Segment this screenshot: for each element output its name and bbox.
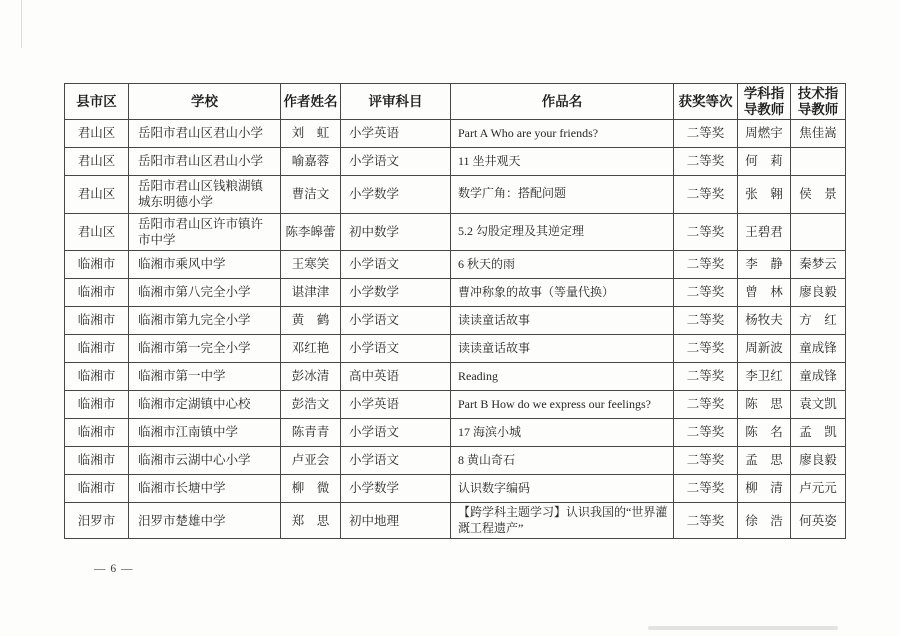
cell-district: 君山区: [65, 176, 129, 214]
cell-author: 卢亚会: [281, 447, 341, 475]
cell-school: 岳阳市君山区君山小学: [129, 148, 281, 176]
cell-subject: 初中数学: [341, 213, 451, 251]
cell-award: 二等奖: [674, 120, 738, 148]
table-row: 临湘市临湘市江南镇中学陈青青小学语文17 海滨小城二等奖陈 名孟 凯: [65, 419, 846, 447]
cell-work: Part B How do we express our feelings?: [451, 391, 674, 419]
cell-tech-teacher: 侯 景: [791, 176, 846, 214]
cell-award: 二等奖: [674, 503, 738, 539]
table-row: 君山区岳阳市君山区君山小学刘 虹小学英语Part A Who are your …: [65, 120, 846, 148]
cell-school: 岳阳市君山区许市镇许市中学: [129, 213, 281, 251]
cell-author: 黄 鹤: [281, 307, 341, 335]
cell-district: 临湘市: [65, 475, 129, 503]
cell-tech-teacher: 孟 凯: [791, 419, 846, 447]
cell-subject: 高中英语: [341, 363, 451, 391]
cell-school: 临湘市第一完全小学: [129, 335, 281, 363]
cell-district: 临湘市: [65, 279, 129, 307]
page-number: — 6 —: [94, 563, 134, 575]
cell-subject-teacher: 李卫红: [738, 363, 791, 391]
cell-work: 认识数字编码: [451, 475, 674, 503]
cell-school: 临湘市定湖镇中心校: [129, 391, 281, 419]
cell-work: 读读童话故事: [451, 307, 674, 335]
cell-author: 刘 虹: [281, 120, 341, 148]
column-header: 学科指导教师: [738, 84, 791, 120]
cell-subject: 小学语文: [341, 307, 451, 335]
cell-subject: 初中地理: [341, 503, 451, 539]
cell-award: 二等奖: [674, 419, 738, 447]
cell-subject-teacher: 何 莉: [738, 148, 791, 176]
column-header: 作品名: [451, 84, 674, 120]
cell-author: 柳 微: [281, 475, 341, 503]
cell-district: 汨罗市: [65, 503, 129, 539]
cell-school: 临湘市长塘中学: [129, 475, 281, 503]
cell-tech-teacher: 何英姿: [791, 503, 846, 539]
cell-subject: 小学英语: [341, 391, 451, 419]
cell-tech-teacher: 卢元元: [791, 475, 846, 503]
cell-subject-teacher: 王碧君: [738, 213, 791, 251]
cell-author: 郑 思: [281, 503, 341, 539]
cell-work: 8 黄山奇石: [451, 447, 674, 475]
cell-tech-teacher: 童成锋: [791, 363, 846, 391]
cell-award: 二等奖: [674, 213, 738, 251]
cell-subject-teacher: 张 翱: [738, 176, 791, 214]
cell-work: 读读童话故事: [451, 335, 674, 363]
cell-award: 二等奖: [674, 335, 738, 363]
cell-subject: 小学数学: [341, 176, 451, 214]
column-header: 县市区: [65, 84, 129, 120]
table-row: 汨罗市汨罗市楚雄中学郑 思初中地理【跨学科主题学习】认识我国的“世界灌溉工程遗产…: [65, 503, 846, 539]
scan-smudge-artifact: [648, 626, 838, 630]
cell-district: 君山区: [65, 148, 129, 176]
cell-subject-teacher: 陈 思: [738, 391, 791, 419]
cell-subject-teacher: 李 静: [738, 251, 791, 279]
cell-subject-teacher: 徐 浩: [738, 503, 791, 539]
cell-school: 临湘市第八完全小学: [129, 279, 281, 307]
cell-tech-teacher: 焦佳嵩: [791, 120, 846, 148]
cell-author: 陈青青: [281, 419, 341, 447]
cell-award: 二等奖: [674, 447, 738, 475]
cell-school: 临湘市第九完全小学: [129, 307, 281, 335]
cell-district: 君山区: [65, 213, 129, 251]
cell-subject: 小学语文: [341, 419, 451, 447]
cell-district: 临湘市: [65, 335, 129, 363]
column-header: 学校: [129, 84, 281, 120]
cell-subject: 小学语文: [341, 447, 451, 475]
cell-work: 11 坐井观天: [451, 148, 674, 176]
column-header: 作者姓名: [281, 84, 341, 120]
cell-tech-teacher: [791, 213, 846, 251]
cell-award: 二等奖: [674, 148, 738, 176]
cell-award: 二等奖: [674, 475, 738, 503]
cell-subject-teacher: 曾 林: [738, 279, 791, 307]
cell-work: 数学广角：搭配问题: [451, 176, 674, 214]
cell-work: 曹冲称象的故事（等量代换）: [451, 279, 674, 307]
table-row: 临湘市临湘市第一中学彭冰清高中英语Reading二等奖李卫红童成锋: [65, 363, 846, 391]
cell-subject-teacher: 柳 清: [738, 475, 791, 503]
document-page: 县市区学校作者姓名评审科目作品名获奖等次学科指导教师技术指导教师 君山区岳阳市君…: [0, 0, 900, 636]
cell-award: 二等奖: [674, 363, 738, 391]
cell-district: 临湘市: [65, 391, 129, 419]
cell-author: 彭冰清: [281, 363, 341, 391]
table-row: 临湘市临湘市第八完全小学谌津津小学数学曹冲称象的故事（等量代换）二等奖曾 林廖良…: [65, 279, 846, 307]
table-header-row: 县市区学校作者姓名评审科目作品名获奖等次学科指导教师技术指导教师: [65, 84, 846, 120]
cell-work: Reading: [451, 363, 674, 391]
cell-tech-teacher: 廖良毅: [791, 279, 846, 307]
cell-work: 5.2 勾股定理及其逆定理: [451, 213, 674, 251]
cell-author: 陈李皞蕾: [281, 213, 341, 251]
cell-tech-teacher: 童成锋: [791, 335, 846, 363]
cell-tech-teacher: 廖良毅: [791, 447, 846, 475]
cell-school: 临湘市乘风中学: [129, 251, 281, 279]
cell-work: Part A Who are your friends?: [451, 120, 674, 148]
cell-tech-teacher: 方 红: [791, 307, 846, 335]
cell-district: 临湘市: [65, 419, 129, 447]
table-body: 君山区岳阳市君山区君山小学刘 虹小学英语Part A Who are your …: [65, 120, 846, 539]
cell-tech-teacher: 袁文凯: [791, 391, 846, 419]
cell-district: 临湘市: [65, 447, 129, 475]
cell-subject: 小学英语: [341, 120, 451, 148]
column-header: 技术指导教师: [791, 84, 846, 120]
cell-tech-teacher: 秦梦云: [791, 251, 846, 279]
cell-work: 17 海滨小城: [451, 419, 674, 447]
table-row: 临湘市临湘市云湖中心小学卢亚会小学语文8 黄山奇石二等奖孟 思廖良毅: [65, 447, 846, 475]
cell-work: 6 秋天的雨: [451, 251, 674, 279]
cell-district: 君山区: [65, 120, 129, 148]
cell-subject-teacher: 杨牧夫: [738, 307, 791, 335]
cell-award: 二等奖: [674, 176, 738, 214]
cell-district: 临湘市: [65, 363, 129, 391]
scan-edge-artifact: [21, 0, 22, 48]
cell-school: 岳阳市君山区钱粮湖镇城东明德小学: [129, 176, 281, 214]
cell-subject: 小学语文: [341, 251, 451, 279]
cell-author: 喻嘉蓉: [281, 148, 341, 176]
table-row: 临湘市临湘市定湖镇中心校彭浩文小学英语Part B How do we expr…: [65, 391, 846, 419]
cell-author: 谌津津: [281, 279, 341, 307]
cell-subject-teacher: 周燃宇: [738, 120, 791, 148]
column-header: 获奖等次: [674, 84, 738, 120]
cell-author: 曹洁文: [281, 176, 341, 214]
cell-author: 彭浩文: [281, 391, 341, 419]
cell-subject: 小学语文: [341, 335, 451, 363]
cell-subject-teacher: 孟 思: [738, 447, 791, 475]
cell-subject: 小学语文: [341, 148, 451, 176]
cell-school: 临湘市云湖中心小学: [129, 447, 281, 475]
cell-subject: 小学数学: [341, 475, 451, 503]
table-row: 君山区岳阳市君山区许市镇许市中学陈李皞蕾初中数学5.2 勾股定理及其逆定理二等奖…: [65, 213, 846, 251]
cell-author: 邓红艳: [281, 335, 341, 363]
table-row: 临湘市临湘市第一完全小学邓红艳小学语文读读童话故事二等奖周新波童成锋: [65, 335, 846, 363]
cell-subject: 小学数学: [341, 279, 451, 307]
cell-district: 临湘市: [65, 251, 129, 279]
table-row: 君山区岳阳市君山区钱粮湖镇城东明德小学曹洁文小学数学数学广角：搭配问题二等奖张 …: [65, 176, 846, 214]
column-header: 评审科目: [341, 84, 451, 120]
table-row: 临湘市临湘市第九完全小学黄 鹤小学语文读读童话故事二等奖杨牧夫方 红: [65, 307, 846, 335]
cell-school: 汨罗市楚雄中学: [129, 503, 281, 539]
cell-work: 【跨学科主题学习】认识我国的“世界灌溉工程遗产”: [451, 503, 674, 539]
cell-award: 二等奖: [674, 279, 738, 307]
cell-district: 临湘市: [65, 307, 129, 335]
table-row: 临湘市临湘市乘风中学王寒笑小学语文6 秋天的雨二等奖李 静秦梦云: [65, 251, 846, 279]
cell-award: 二等奖: [674, 391, 738, 419]
cell-award: 二等奖: [674, 251, 738, 279]
table-row: 临湘市临湘市长塘中学柳 微小学数学认识数字编码二等奖柳 清卢元元: [65, 475, 846, 503]
cell-school: 临湘市江南镇中学: [129, 419, 281, 447]
cell-subject-teacher: 陈 名: [738, 419, 791, 447]
table-row: 君山区岳阳市君山区君山小学喻嘉蓉小学语文11 坐井观天二等奖何 莉: [65, 148, 846, 176]
cell-award: 二等奖: [674, 307, 738, 335]
cell-school: 岳阳市君山区君山小学: [129, 120, 281, 148]
cell-author: 王寒笑: [281, 251, 341, 279]
cell-school: 临湘市第一中学: [129, 363, 281, 391]
award-table: 县市区学校作者姓名评审科目作品名获奖等次学科指导教师技术指导教师 君山区岳阳市君…: [64, 83, 846, 539]
cell-tech-teacher: [791, 148, 846, 176]
cell-subject-teacher: 周新波: [738, 335, 791, 363]
